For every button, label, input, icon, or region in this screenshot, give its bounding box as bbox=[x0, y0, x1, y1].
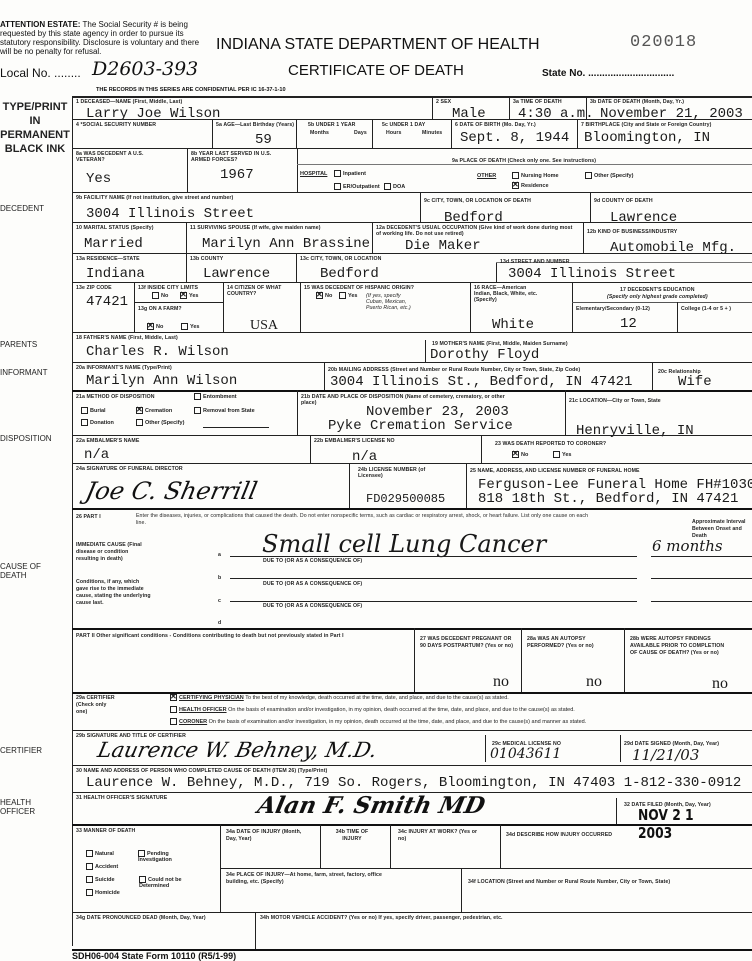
er-outpatient-checkbox[interactable] bbox=[334, 183, 341, 190]
donation-checkbox[interactable] bbox=[81, 419, 88, 426]
other-label: OTHER bbox=[477, 173, 496, 179]
date-signed-value[interactable]: 11/21/03 bbox=[632, 746, 699, 764]
dob-label: 6 DATE OF BIRTH (Mo. Day, Yr.) bbox=[455, 122, 536, 128]
accident-checkbox[interactable] bbox=[86, 863, 93, 870]
residence-option[interactable]: Residence bbox=[512, 182, 549, 189]
injury-describe-label: 34d DESCRIBE HOW INJURY OCCURRED bbox=[506, 832, 612, 838]
father-value[interactable]: Charles R. Wilson bbox=[86, 345, 229, 360]
pregnant-value[interactable]: no bbox=[493, 674, 509, 689]
injury-at-work-label: 34c INJURY AT WORK? (Yes or no) bbox=[398, 829, 478, 843]
certifier-type-label: 29a CERTIFIER (Check only one) bbox=[76, 695, 116, 716]
license-value[interactable]: FD029500085 bbox=[366, 492, 445, 507]
coroner-no-option[interactable]: No bbox=[512, 451, 528, 458]
disposition-label: DISPOSITION bbox=[0, 434, 52, 443]
disposition-location-value[interactable]: Henryville, IN bbox=[576, 424, 694, 439]
inpatient-checkbox[interactable] bbox=[334, 170, 341, 177]
hispanic-note: (If yes, specify Cuban, Mexican, Puerto … bbox=[366, 293, 416, 311]
inpatient-option[interactable]: Inpatient bbox=[334, 170, 366, 177]
farm-yes[interactable]: Yes bbox=[181, 323, 199, 330]
autopsy-findings-label: 28b WERE AUTOPSY FINDINGS AVAILABLE PRIO… bbox=[630, 636, 730, 657]
spouse-value[interactable]: Marilyn Ann Brassine bbox=[202, 237, 370, 252]
inside-city-label: 13f INSIDE CITY LIMITS bbox=[138, 285, 198, 291]
cause-line-a-value[interactable]: Small cell Lung Cancer bbox=[262, 530, 546, 558]
other-specify-checkbox[interactable] bbox=[585, 172, 592, 179]
pregnant-label: 27 WAS DECEDENT PREGNANT OR 90 DAYS POST… bbox=[420, 636, 514, 650]
farm-no[interactable]: No bbox=[147, 323, 163, 330]
line-d-letter: d bbox=[218, 620, 221, 626]
coroner-no-checkbox[interactable] bbox=[512, 451, 519, 458]
health-officer-sig-label: 31 HEALTH OFFICER'S SIGNATURE bbox=[76, 795, 167, 801]
inside-city-yes[interactable]: Yes bbox=[180, 292, 198, 299]
inside-city-no-checkbox[interactable] bbox=[152, 292, 159, 299]
ssn-label: 4 *SOCIAL SECURITY NUMBER bbox=[76, 122, 156, 128]
due-to-3: DUE TO (OR AS A CONSEQUENCE OF) bbox=[263, 603, 362, 609]
informant-address-label: 20b MAILING ADDRESS (Street and Number o… bbox=[328, 367, 580, 373]
res-county-value[interactable]: Lawrence bbox=[203, 267, 270, 282]
part1-label: 26 PART I bbox=[76, 514, 101, 520]
manner-undetermined[interactable]: Could not be Determined bbox=[139, 876, 194, 889]
autopsy-label: 28a WAS AN AUTOPSY PERFORMED? (Yes or no… bbox=[527, 636, 607, 650]
certifying-physician-checkbox[interactable] bbox=[170, 694, 177, 701]
marital-value[interactable]: Married bbox=[84, 237, 143, 252]
embalmer-label: 22a EMBALMER'S NAME bbox=[76, 438, 139, 444]
due-to-1: DUE TO (OR AS A CONSEQUENCE OF) bbox=[263, 558, 362, 564]
coroner-checkbox[interactable] bbox=[170, 718, 177, 725]
date-of-death-label: 3b DATE OF DEATH (Month, Day, Yr.) bbox=[590, 99, 684, 105]
er-outpatient-option[interactable]: ER/Outpatient bbox=[334, 183, 380, 190]
hispanic-yes[interactable]: Yes bbox=[339, 292, 357, 299]
elementary-label: Elementary/Secondary (0-12) bbox=[576, 306, 650, 312]
race-value[interactable]: White bbox=[492, 318, 534, 333]
removal-option[interactable]: Removal from State bbox=[194, 407, 255, 414]
inside-city-yes-checkbox[interactable] bbox=[180, 292, 187, 299]
hispanic-yes-checkbox[interactable] bbox=[339, 292, 346, 299]
citizen-label: 14 CITIZEN OF WHAT COUNTRY? bbox=[227, 285, 299, 297]
education-label: 17 DECEDENT'S EDUCATION bbox=[620, 287, 695, 293]
completed-by-value[interactable]: Laurence W. Behney, M.D., 719 So. Rogers… bbox=[86, 776, 741, 791]
entombment-option[interactable]: Entombment bbox=[194, 393, 237, 400]
education-note: (Specify only highest grade completed) bbox=[607, 294, 708, 300]
spouse-label: 11 SURVIVING SPOUSE (If wife, give maide… bbox=[190, 225, 321, 231]
attention-notice: ATTENTION ESTATE: The Social Security # … bbox=[0, 20, 210, 56]
birthplace-value[interactable]: Bloomington, IN bbox=[584, 131, 710, 146]
father-label: 18 FATHER'S NAME (First, Middle, Last) bbox=[76, 335, 178, 341]
res-street-label: 13d STREET AND NUMBER bbox=[500, 259, 570, 265]
res-city-label: 13c CITY, TOWN, OR LOCATION bbox=[300, 256, 381, 262]
age-value[interactable]: 59 bbox=[255, 133, 272, 148]
under-1-day-label: 5c UNDER 1 DAY bbox=[382, 122, 425, 128]
other-disposition-option[interactable]: Other (Specify) bbox=[136, 419, 184, 426]
manner-label: 33 MANNER OF DEATH bbox=[76, 828, 135, 834]
other-specify-option[interactable]: Other (Specify) bbox=[585, 172, 633, 179]
informant-label: INFORMANT bbox=[0, 368, 48, 377]
farm-label: 13g ON A FARM? bbox=[138, 306, 182, 312]
time-of-death-label: 3a TIME OF DEATH bbox=[513, 99, 562, 105]
college-label: College (1-4 or 5 + ) bbox=[681, 306, 731, 312]
relationship-value[interactable]: Wife bbox=[678, 375, 712, 390]
parents-label: PARENTS bbox=[0, 340, 37, 349]
line-a-letter: a bbox=[218, 552, 221, 558]
cremation-option[interactable]: Cremation bbox=[136, 407, 172, 414]
res-street-value[interactable]: 3004 Illinois Street bbox=[508, 267, 676, 282]
method-label: 21a METHOD OF DISPOSITION bbox=[76, 394, 155, 400]
informant-name-value[interactable]: Marilyn Ann Wilson bbox=[86, 374, 237, 389]
coroner-reported-label: 23 WAS DEATH REPORTED TO CORONER? bbox=[495, 441, 606, 447]
veteran-label: 8a WAS DECEDENT A U.S. VETERAN? bbox=[76, 151, 166, 163]
part1-instructions: Enter the diseases, injuries, or complic… bbox=[136, 513, 596, 527]
attention-bold: ATTENTION ESTATE: bbox=[0, 20, 80, 29]
immediate-cause-label: IMMEDIATE CAUSE (Final disease or condit… bbox=[76, 542, 151, 563]
department-title: INDIANA STATE DEPARTMENT OF HEALTH bbox=[216, 36, 540, 54]
farm-yes-checkbox[interactable] bbox=[181, 323, 188, 330]
health-officer-checkbox[interactable] bbox=[170, 706, 177, 713]
hispanic-no[interactable]: No bbox=[316, 292, 332, 299]
removal-checkbox[interactable] bbox=[194, 407, 201, 414]
doa-option[interactable]: DOA bbox=[384, 183, 405, 190]
burial-checkbox[interactable] bbox=[81, 407, 88, 414]
director-sig-label: 24a SIGNATURE OF FUNERAL DIRECTOR bbox=[76, 466, 183, 472]
sex-label: 2 SEX bbox=[436, 99, 451, 105]
res-state-label: 13a RESIDENCE—STATE bbox=[76, 256, 140, 262]
age-label: 5a AGE—Last Birthday (Years) bbox=[216, 122, 296, 128]
inside-city-no[interactable]: No bbox=[152, 292, 168, 299]
certifier-signature: Laurence W. Behney, M.D. bbox=[95, 738, 379, 762]
coroner-option[interactable]: CORONER On the basis of examination and/… bbox=[170, 718, 586, 725]
coroner-yes-checkbox[interactable] bbox=[553, 451, 560, 458]
embalmer-value[interactable]: n/a bbox=[84, 448, 109, 463]
injury-location-label: 34f LOCATION (Street and Number or Rural… bbox=[468, 879, 670, 885]
funeral-home-line2[interactable]: 818 18th St., Bedford, IN 47421 bbox=[478, 492, 738, 507]
county-of-death-label: 9d COUNTY OF DEATH bbox=[594, 198, 653, 204]
birthplace-label: 7 BIRTHPLACE (City and State or Foreign … bbox=[581, 122, 711, 128]
form-id: SDH06-004 State Form 10110 (R5/1-99) bbox=[72, 951, 236, 961]
donation-option[interactable]: Donation bbox=[81, 419, 114, 426]
county-of-death-value[interactable]: Lawrence bbox=[610, 211, 677, 226]
marital-label: 10 MARITAL STATUS (Specify) bbox=[76, 225, 154, 231]
line-c-letter: c bbox=[218, 598, 221, 604]
cause-label: CAUSE OF DEATH bbox=[0, 562, 50, 580]
res-state-value[interactable]: Indiana bbox=[86, 267, 145, 282]
cremation-checkbox[interactable] bbox=[136, 407, 143, 414]
funeral-home-label: 25 NAME, ADDRESS, AND LICENSE NUMBER OF … bbox=[470, 468, 640, 474]
manner-suicide[interactable]: Suicide bbox=[86, 876, 115, 883]
suicide-checkbox[interactable] bbox=[86, 876, 93, 883]
occupation-value[interactable]: Die Maker bbox=[405, 239, 481, 254]
nursing-home-checkbox[interactable] bbox=[512, 172, 519, 179]
mother-value[interactable]: Dorothy Floyd bbox=[430, 348, 539, 363]
facility-label: 9b FACILITY NAME (If not institution, gi… bbox=[76, 195, 233, 201]
race-label: 16 RACE—American Indian, Black, White, e… bbox=[474, 285, 540, 303]
informant-name-label: 20a INFORMANT'S NAME (Type/Print) bbox=[76, 365, 172, 371]
year-served-value[interactable]: 1967 bbox=[220, 168, 254, 183]
part2-label: PART II Other significant conditions - C… bbox=[76, 633, 344, 639]
minutes-label: Minutes bbox=[422, 130, 442, 136]
local-no-value: D2603-393 bbox=[92, 58, 198, 80]
certificate-title: CERTIFICATE OF DEATH bbox=[288, 62, 464, 79]
instructions-label: TYPE/PRINT IN PERMANENT BLACK INK bbox=[0, 100, 70, 156]
health-officer-option[interactable]: HEALTH OFFICER On the basis of examinati… bbox=[170, 706, 575, 713]
motor-vehicle-label: 34h MOTOR VEHICLE ACCIDENT? (Yes or no) … bbox=[260, 915, 503, 921]
health-officer-signature: Alan F. Smith MD bbox=[255, 792, 487, 819]
burial-option[interactable]: Burial bbox=[81, 407, 106, 414]
hours-label: Hours bbox=[386, 130, 402, 136]
health-officer-label: HEALTH OFFICER bbox=[0, 798, 40, 816]
confidential-notice: THE RECORDS IN THIS SERIES ARE CONFIDENT… bbox=[96, 87, 286, 93]
days-label: Days bbox=[354, 130, 367, 136]
other-disposition-checkbox[interactable] bbox=[136, 419, 143, 426]
decedent-label: DECEDENT bbox=[0, 204, 44, 213]
injury-date-label: 34a DATE OF INJURY (Month, Day, Year) bbox=[226, 829, 306, 843]
city-of-death-value[interactable]: Bedford bbox=[444, 211, 503, 226]
autopsy-findings-value[interactable]: no bbox=[712, 676, 728, 691]
zip-value[interactable]: 47421 bbox=[86, 295, 128, 310]
stamp-number: 020018 bbox=[630, 33, 697, 52]
med-license-value[interactable]: 01043611 bbox=[490, 746, 561, 762]
residence-checkbox[interactable] bbox=[512, 182, 519, 189]
natural-checkbox[interactable] bbox=[86, 850, 93, 857]
homicide-checkbox[interactable] bbox=[86, 889, 93, 896]
injury-place-label: 34e PLACE OF INJURY—At home, farm, stree… bbox=[226, 872, 406, 886]
local-no-label: Local No. ........ bbox=[0, 66, 81, 80]
nursing-home-option[interactable]: Nursing Home bbox=[512, 172, 559, 179]
informant-address-value[interactable]: 3004 Illinois St., Bedford, IN 47421 bbox=[330, 375, 632, 390]
pending-checkbox[interactable] bbox=[138, 850, 145, 857]
manner-accident[interactable]: Accident bbox=[86, 863, 118, 870]
autopsy-value[interactable]: no bbox=[586, 674, 602, 689]
dob-value[interactable]: Sept. 8, 1944 bbox=[460, 131, 569, 146]
pronounced-label: 34g DATE PRONOUNCED DEAD (Month, Day, Ye… bbox=[76, 915, 206, 921]
manner-pending[interactable]: Pending Investigation bbox=[138, 850, 193, 863]
disposition-place-value[interactable]: Pyke Cremation Service bbox=[328, 419, 513, 434]
facility-value[interactable]: 3004 Illinois Street bbox=[86, 207, 254, 222]
under-1-year-label: 5b UNDER 1 YEAR bbox=[308, 122, 356, 128]
elementary-value[interactable]: 12 bbox=[620, 317, 637, 332]
farm-no-checkbox[interactable] bbox=[147, 323, 154, 330]
hospital-label: HOSPITAL bbox=[300, 171, 327, 177]
conditions-label: Conditions, if any, which gave rise to t… bbox=[76, 579, 151, 607]
due-to-2: DUE TO (OR AS A CONSEQUENCE OF) bbox=[263, 581, 362, 587]
injury-time-label: 34b TIME OF INJURY bbox=[327, 829, 377, 843]
license-label: 24b LICENSE NUMBER (of Licensee) bbox=[358, 467, 428, 479]
zip-label: 13e ZIP CODE bbox=[76, 285, 112, 291]
occupation-label: 12a DECEDENT'S USUAL OCCUPATION (Give ki… bbox=[376, 225, 576, 237]
state-no-label: State No. ..............................… bbox=[542, 68, 674, 79]
disposition-location-label: 21c LOCATION—City or Town, State bbox=[569, 398, 661, 404]
name-label: 1 DECEASED—NAME (First, Middle, Last) bbox=[76, 99, 182, 105]
director-signature: Joe C. Sherrill bbox=[83, 477, 260, 505]
res-city-value[interactable]: Bedford bbox=[320, 267, 379, 282]
city-of-death-label: 9c CITY, TOWN, OR LOCATION OF DEATH bbox=[424, 198, 531, 204]
citizen-value[interactable]: USA bbox=[250, 318, 278, 333]
undetermined-checkbox[interactable] bbox=[139, 876, 146, 883]
cause-line-a-interval[interactable]: 6 months bbox=[652, 537, 723, 555]
certifying-physician-option[interactable]: CERTIFYING PHYSICIAN To the best of my k… bbox=[170, 694, 509, 701]
manner-homicide[interactable]: Homicide bbox=[86, 889, 120, 896]
veteran-value[interactable]: Yes bbox=[86, 172, 111, 187]
res-county-label: 13b COUNTY bbox=[190, 256, 223, 262]
months-label: Months bbox=[310, 130, 329, 136]
doa-checkbox[interactable] bbox=[384, 183, 391, 190]
coroner-yes-option[interactable]: Yes bbox=[553, 451, 571, 458]
year-served-label: 8b YEAR LAST SERVED IN U.S. ARMED FORCES… bbox=[191, 151, 291, 163]
manner-natural[interactable]: Natural bbox=[86, 850, 114, 857]
industry-label: 12b KIND OF BUSINESS/INDUSTRY bbox=[587, 229, 677, 235]
entombment-checkbox[interactable] bbox=[194, 393, 201, 400]
hispanic-no-checkbox[interactable] bbox=[316, 292, 323, 299]
completed-by-label: 30 NAME AND ADDRESS OF PERSON WHO COMPLE… bbox=[76, 768, 327, 774]
line-b-letter: b bbox=[218, 575, 221, 581]
certifier-label: CERTIFIER bbox=[0, 746, 42, 755]
embalmer-license-label: 22b EMBALMER'S LICENSE NO bbox=[314, 438, 395, 444]
